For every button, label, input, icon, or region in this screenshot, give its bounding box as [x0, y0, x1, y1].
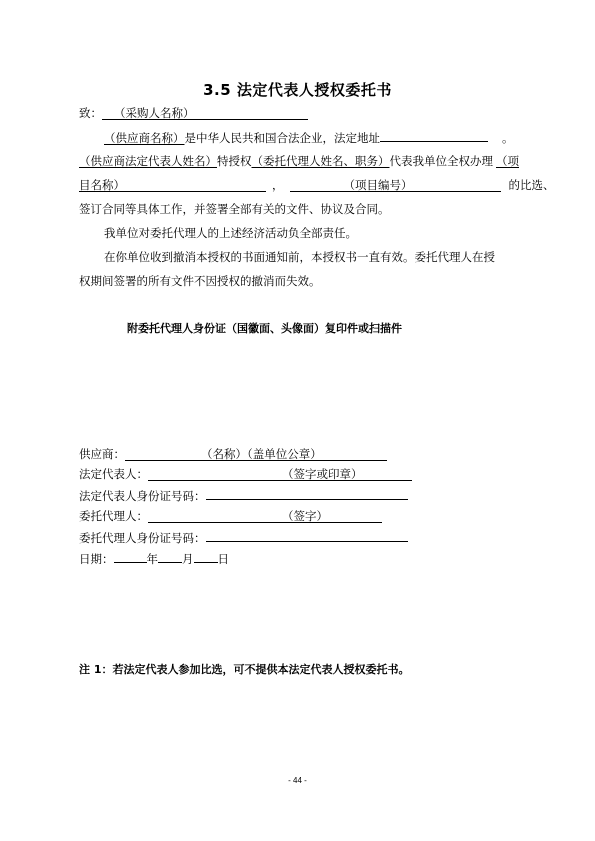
legal-rep-signature-placeholder: （签字或印章）: [148, 467, 363, 481]
supplier-legal-text: 是中华人民共和国合法企业，法定地址: [185, 131, 381, 145]
supplier-label: 供应商：: [79, 447, 125, 461]
legal-rep-signature-field[interactable]: （签字或印章）: [148, 467, 412, 481]
project-name-field-part1[interactable]: （项: [496, 154, 519, 168]
signature-date-row: 日期：年月日: [79, 551, 229, 566]
signature-legal-rep-id-row: 法定代表人身份证号码：: [79, 488, 408, 503]
day-label: 日: [218, 552, 230, 566]
agent-name-title-field[interactable]: （委托代理人姓名、职务）: [252, 154, 390, 168]
attachment-heading: 附委托代理人身份证（国徽面、头像面）复印件或扫描件: [127, 320, 402, 336]
legal-rep-label: 法定代表人：: [79, 467, 148, 481]
date-year-field[interactable]: [114, 551, 147, 563]
project-number-placeholder: （项目编号）: [290, 178, 413, 192]
legal-rep-name-field[interactable]: （供应商法定代表人姓名）: [79, 154, 217, 168]
purchaser-name-field[interactable]: （采购人名称）: [102, 106, 308, 120]
signature-agent-row: 委托代理人：（签字）: [79, 509, 382, 523]
project-name-placeholder: 目名称）: [79, 178, 125, 192]
paragraph-authorization-line1: （供应商法定代表人姓名）特授权（委托代理人姓名、职务）代表我单位全权办理（项: [79, 154, 519, 168]
paragraph-validity-line2: 权期间签署的所有文件不因授权的撤消而失效。: [79, 274, 321, 288]
paragraph-validity-line1: 在你单位收到撤消本授权的书面通知前，本授权书一直有效。委托代理人在授: [104, 250, 495, 264]
agent-id-field[interactable]: [206, 530, 408, 542]
legal-rep-id-label: 法定代表人身份证号码：: [79, 489, 206, 503]
paragraph-authorization-line2: 目名称），（项目编号）的比选、: [79, 178, 555, 192]
page-number: - 44 -: [0, 776, 595, 785]
month-label: 月: [182, 552, 194, 566]
date-month-field[interactable]: [158, 551, 182, 563]
addressee-line: 致：（采购人名称）: [79, 106, 308, 120]
supplier-seal-field[interactable]: （名称）（盖单位公章）: [125, 447, 387, 461]
selection-text: 的比选、: [509, 178, 555, 192]
agent-signature-field[interactable]: （签字）: [148, 509, 382, 523]
year-label: 年: [147, 552, 159, 566]
agent-signature-placeholder: （签字）: [148, 509, 328, 523]
paragraph-supplier: （供应商名称）是中华人民共和国合法企业，法定地址。: [104, 130, 514, 145]
agent-label: 委托代理人：: [79, 509, 148, 523]
authorization-text-2: 代表我单位全权办理: [390, 154, 494, 168]
signature-legal-rep-row: 法定代表人：（签字或印章）: [79, 467, 412, 481]
date-day-field[interactable]: [194, 551, 218, 563]
note-text: 注 1：若法定代表人参加比选，可不提供本法定代表人授权委托书。: [79, 661, 409, 677]
legal-address-field[interactable]: [380, 130, 488, 142]
date-label: 日期：: [79, 552, 114, 566]
agent-id-label: 委托代理人身份证号码：: [79, 531, 206, 545]
purchaser-name-placeholder: （采购人名称）: [102, 106, 195, 120]
signature-agent-id-row: 委托代理人身份证号码：: [79, 530, 408, 545]
addressee-label: 致：: [79, 106, 102, 120]
comma: ，: [272, 178, 284, 192]
authorization-text: 特授权: [217, 154, 252, 168]
period: 。: [502, 131, 514, 145]
signature-supplier-row: 供应商：（名称）（盖单位公章）: [79, 447, 387, 461]
document-title: 3.5 法定代表人授权委托书: [0, 79, 595, 100]
project-number-field[interactable]: （项目编号）: [290, 178, 501, 192]
paragraph-responsibility: 我单位对委托代理人的上述经济活动负全部责任。: [104, 226, 357, 240]
project-name-field-part2[interactable]: 目名称）: [79, 178, 266, 192]
paragraph-authorization-line3: 签订合同等具体工作，并签署全部有关的文件、协议及合同。: [79, 202, 390, 216]
supplier-name-field[interactable]: （供应商名称）: [104, 131, 185, 145]
supplier-seal-placeholder: （名称）（盖单位公章）: [125, 447, 322, 461]
legal-rep-id-field[interactable]: [206, 488, 408, 500]
